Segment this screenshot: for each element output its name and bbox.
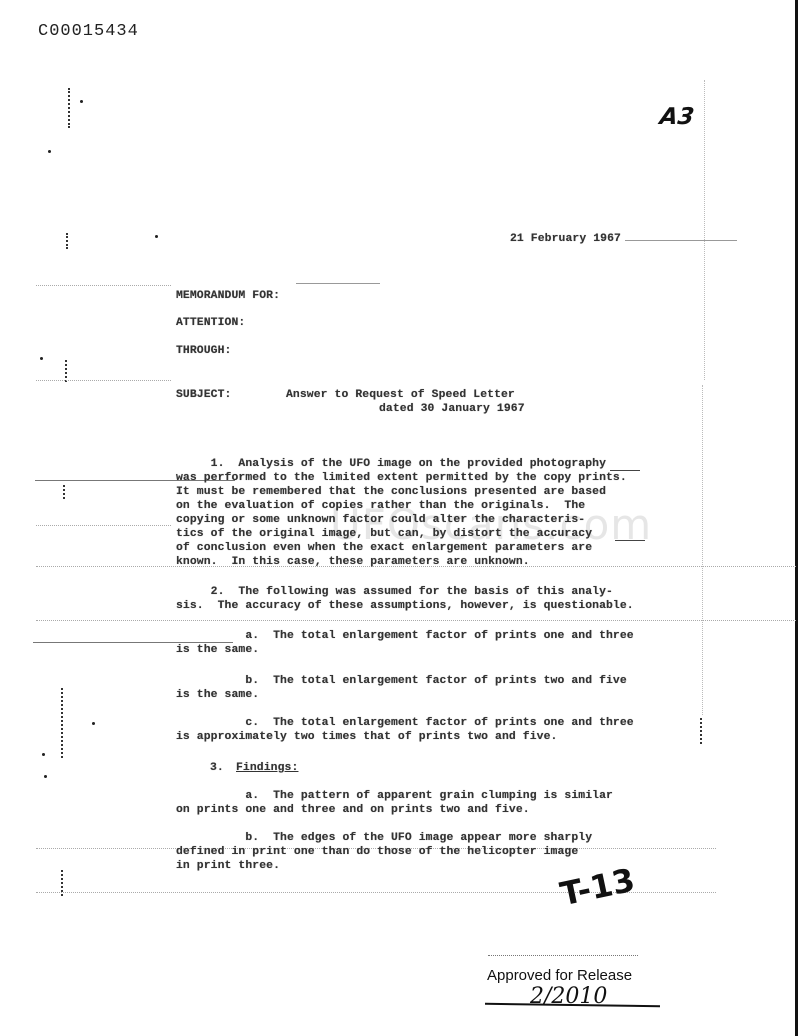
binder-mark [61,688,63,758]
paragraph-2-line: 2. The following was assumed for the bas… [176,586,613,598]
paragraph-1-line: 1. Analysis of the UFO image on the prov… [176,458,606,470]
handwritten-page-mark: A3 [658,104,695,130]
scan-speck [48,150,51,153]
handwritten-reference: T-13 [557,861,638,914]
release-stamp-label: Approved for Release [487,967,632,984]
underline-mark [615,540,645,541]
paragraph-1-line: tics of the original image, but can, by … [176,528,592,540]
paragraph-2-line: sis. The accuracy of these assumptions, … [176,600,634,612]
scan-speck [80,100,83,103]
paragraph-1-line: was performed to the limited extent perm… [176,472,627,484]
paragraph-3b-line: in print three. [176,860,280,872]
memo-date: 21 February 1967 [510,233,621,245]
memorandum-for-label: MEMORANDUM FOR: [176,290,280,302]
margin-artifact [700,718,702,744]
paragraph-3b-line: b. The edges of the UFO image appear mor… [176,832,592,844]
binder-mark [66,233,68,249]
margin-artifact [704,80,705,380]
binder-mark [63,485,65,499]
scan-speck [42,753,45,756]
scan-speck [155,235,158,238]
scan-rule [33,642,233,643]
paragraph-3a-line: a. The pattern of apparent grain clumpin… [176,790,613,802]
scan-speck [44,775,47,778]
subject-line-1: Answer to Request of Speed Letter [286,389,515,401]
attention-label: ATTENTION: [176,317,245,329]
date-rule [625,240,737,241]
scan-speck [40,357,43,360]
through-label: THROUGH: [176,345,231,357]
paragraph-1-line: It must be remembered that the conclusio… [176,486,606,498]
scan-speck [92,722,95,725]
paragraph-1-line: copying or some unknown factor could alt… [176,514,585,526]
redaction-rule [296,283,380,284]
scan-edge [795,0,798,1036]
scan-rule [36,525,171,526]
margin-artifact [702,385,703,715]
paragraph-1-line: of conclusion even when the exact enlarg… [176,542,592,554]
paragraph-2c-line: is approximately two times that of print… [176,731,557,743]
paragraph-2c-line: c. The total enlargement factor of print… [176,717,634,729]
binder-mark [65,360,67,382]
binder-mark [68,88,70,128]
subject-line-2: dated 30 January 1967 [379,403,525,415]
scan-rule [36,285,171,286]
paragraph-1-line: known. In this case, these parameters ar… [176,556,530,568]
stamp-rule [488,955,638,956]
scan-rule [36,380,171,381]
paragraph-2b-line: b. The total enlargement factor of print… [176,675,627,687]
paragraph-3b-line: defined in print one than do those of th… [176,846,578,858]
underline-mark [610,470,640,471]
paragraph-3a-line: on prints one and three and on prints tw… [176,804,530,816]
paragraph-2a-line: is the same. [176,644,259,656]
document-id: C00015434 [38,22,139,41]
findings-number: 3. [210,762,224,774]
findings-heading: Findings: [236,762,298,774]
paragraph-2b-line: is the same. [176,689,259,701]
paragraph-2a-line: a. The total enlargement factor of print… [176,630,634,642]
scan-rule [36,620,796,621]
subject-label: SUBJECT: [176,389,231,401]
paragraph-1-line: on the evaluation of copies rather than … [176,500,585,512]
